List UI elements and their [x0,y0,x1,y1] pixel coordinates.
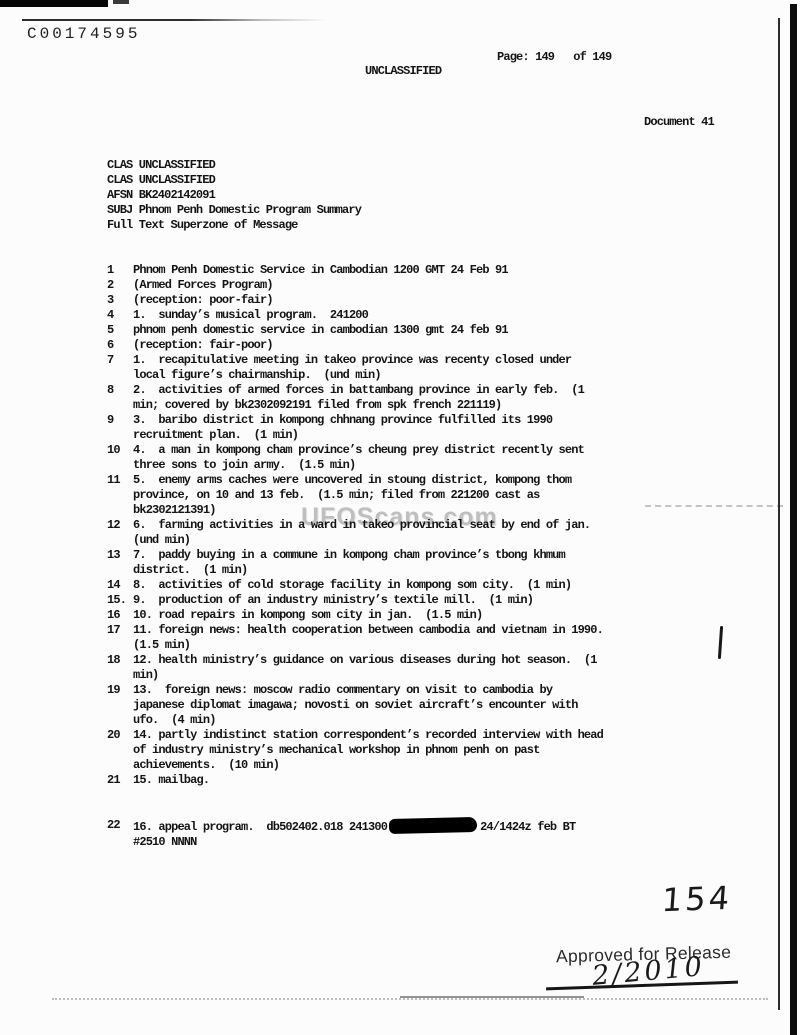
line-number: 2 [107,278,133,293]
body-row: 1Phnom Penh Domestic Service in Cambodia… [107,263,747,278]
body-row: 126. farming activities in a ward in tak… [107,518,747,548]
line-text: 12. health ministry’s guidance on variou… [133,653,747,683]
page-edge-line-outer [790,4,797,1035]
page-edge-line-inner [778,18,780,1010]
line-text: 4. a man in kompong cham province’s cheu… [133,443,747,473]
line-text: 7. paddy buying in a commune in kompong … [133,548,747,578]
body-row: 71. recapitulative meeting in takeo prov… [107,353,747,383]
body-row: 3(reception: poor-fair) [107,293,747,308]
line-number: 15. [107,593,133,608]
page-label: Page: 149 of 149 [497,50,611,64]
scan-artifact-top-bar [0,0,108,7]
line-text: phnom penh domestic service in cambodian… [133,323,747,338]
body-row: 15.9. production of an industry ministry… [107,593,747,608]
body-row: 137. paddy buying in a commune in kompon… [107,548,747,578]
line-text: 9. production of an industry ministry’s … [133,593,747,608]
line-number: 19 [107,683,133,728]
header-rule [22,19,327,21]
line-text: 1. recapitulative meeting in takeo provi… [133,353,747,383]
body-row-22: 22 16. appeal program. db502402.018 2413… [107,818,747,850]
row22-line2: #2510 NNNN [133,835,197,849]
message-text-block: CLAS UNCLASSIFIEDCLAS UNCLASSIFIEDAFSN B… [107,128,747,880]
body-row: 148. activities of cold storage facility… [107,578,747,593]
line-text: 16. appeal program. db502402.018 2413002… [133,818,747,850]
body-row: 2(Armed Forces Program) [107,278,747,293]
line-number: 18 [107,653,133,683]
scan-number: C00174595 [27,25,140,43]
body-row: 1711. foreign news: health cooperation b… [107,623,747,653]
line-text: 13. foreign news: moscow radio commentar… [133,683,747,728]
line-text: 11. foreign news: health cooperation bet… [133,623,747,653]
message-header-line: CLAS UNCLASSIFIED [107,173,747,188]
scan-artifact-bottom-dark [400,996,584,998]
line-text: 3. baribo district in kompong chhnang pr… [133,413,747,443]
line-number: 5 [107,323,133,338]
line-text: (reception: poor-fair) [133,293,747,308]
body-row: 5phnom penh domestic service in cambodia… [107,323,747,338]
line-number: 11 [107,473,133,518]
body-row: 1610. road repairs in kompong som city i… [107,608,747,623]
body-row: 6(reception: fair-poor) [107,338,747,353]
line-number: 8 [107,383,133,413]
line-text: 2. activities of armed forces in battamb… [133,383,747,413]
line-number: 9 [107,413,133,443]
line-number: 4 [107,308,133,323]
line-number: 22 [107,818,133,850]
message-header-line: SUBJ Phnom Penh Domestic Program Summary [107,203,747,218]
body-row: 93. baribo district in kompong chhnang p… [107,413,747,443]
line-text: (Armed Forces Program) [133,278,747,293]
scanned-document-page: C00174595 Page: 149 of 149 UNCLASSIFIED … [0,0,800,1035]
message-header-line: CLAS UNCLASSIFIED [107,158,747,173]
line-text: 5. enemy arms caches were uncovered in s… [133,473,747,518]
line-text: Phnom Penh Domestic Service in Cambodian… [133,263,747,278]
line-text: 6. farming activities in a ward in takeo… [133,518,747,548]
line-text: 15. mailbag. [133,773,747,788]
line-number: 21 [107,773,133,788]
line-number: 12 [107,518,133,548]
line-text: 10. road repairs in kompong som city in … [133,608,747,623]
body-row: 1812. health ministry’s guidance on vari… [107,653,747,683]
body-row: 41. sunday’s musical program. 241200 [107,308,747,323]
body-row: 104. a man in kompong cham province’s ch… [107,443,747,473]
message-header-line: Full Text Superzone of Message [107,218,747,233]
scan-artifact-dash-right [645,505,783,507]
line-text: 8. activities of cold storage facility i… [133,578,747,593]
line-number: 6 [107,338,133,353]
line-number: 10 [107,443,133,473]
body-row: 1913. foreign news: moscow radio comment… [107,683,747,728]
line-number: 20 [107,728,133,773]
body-row: 2115. mailbag. [107,773,747,788]
line-text: 1. sunday’s musical program. 241200 [133,308,747,323]
row22-post-text: 24/1424z feb BT [480,820,575,834]
line-number: 16 [107,608,133,623]
message-header-line: AFSN BK2402142091 [107,188,747,203]
line-number: 14 [107,578,133,593]
body-row: 115. enemy arms caches were uncovered in… [107,473,747,518]
line-number: 1 [107,263,133,278]
classification-header: UNCLASSIFIED [365,64,441,78]
line-text: 14. partly indistinct station correspond… [133,728,747,773]
row22-pre-text: 16. appeal program. db502402.018 241300 [133,820,387,834]
document-number-label: Document 41 [644,115,714,129]
handwritten-page-number: 154 [661,879,734,919]
line-number: 7 [107,353,133,383]
body-row: 2014. partly indistinct station correspo… [107,728,747,773]
line-number: 3 [107,293,133,308]
body-row: 82. activities of armed forces in battam… [107,383,747,413]
line-number: 17 [107,623,133,653]
line-number: 13 [107,548,133,578]
message-body-rows: 1Phnom Penh Domestic Service in Cambodia… [107,263,747,788]
message-header-lines: CLAS UNCLASSIFIEDCLAS UNCLASSIFIEDAFSN B… [107,158,747,233]
scan-artifact-bottom-dots [52,998,768,1000]
scan-artifact-top-dash [113,0,129,4]
redaction-bar [389,817,477,834]
line-text: (reception: fair-poor) [133,338,747,353]
